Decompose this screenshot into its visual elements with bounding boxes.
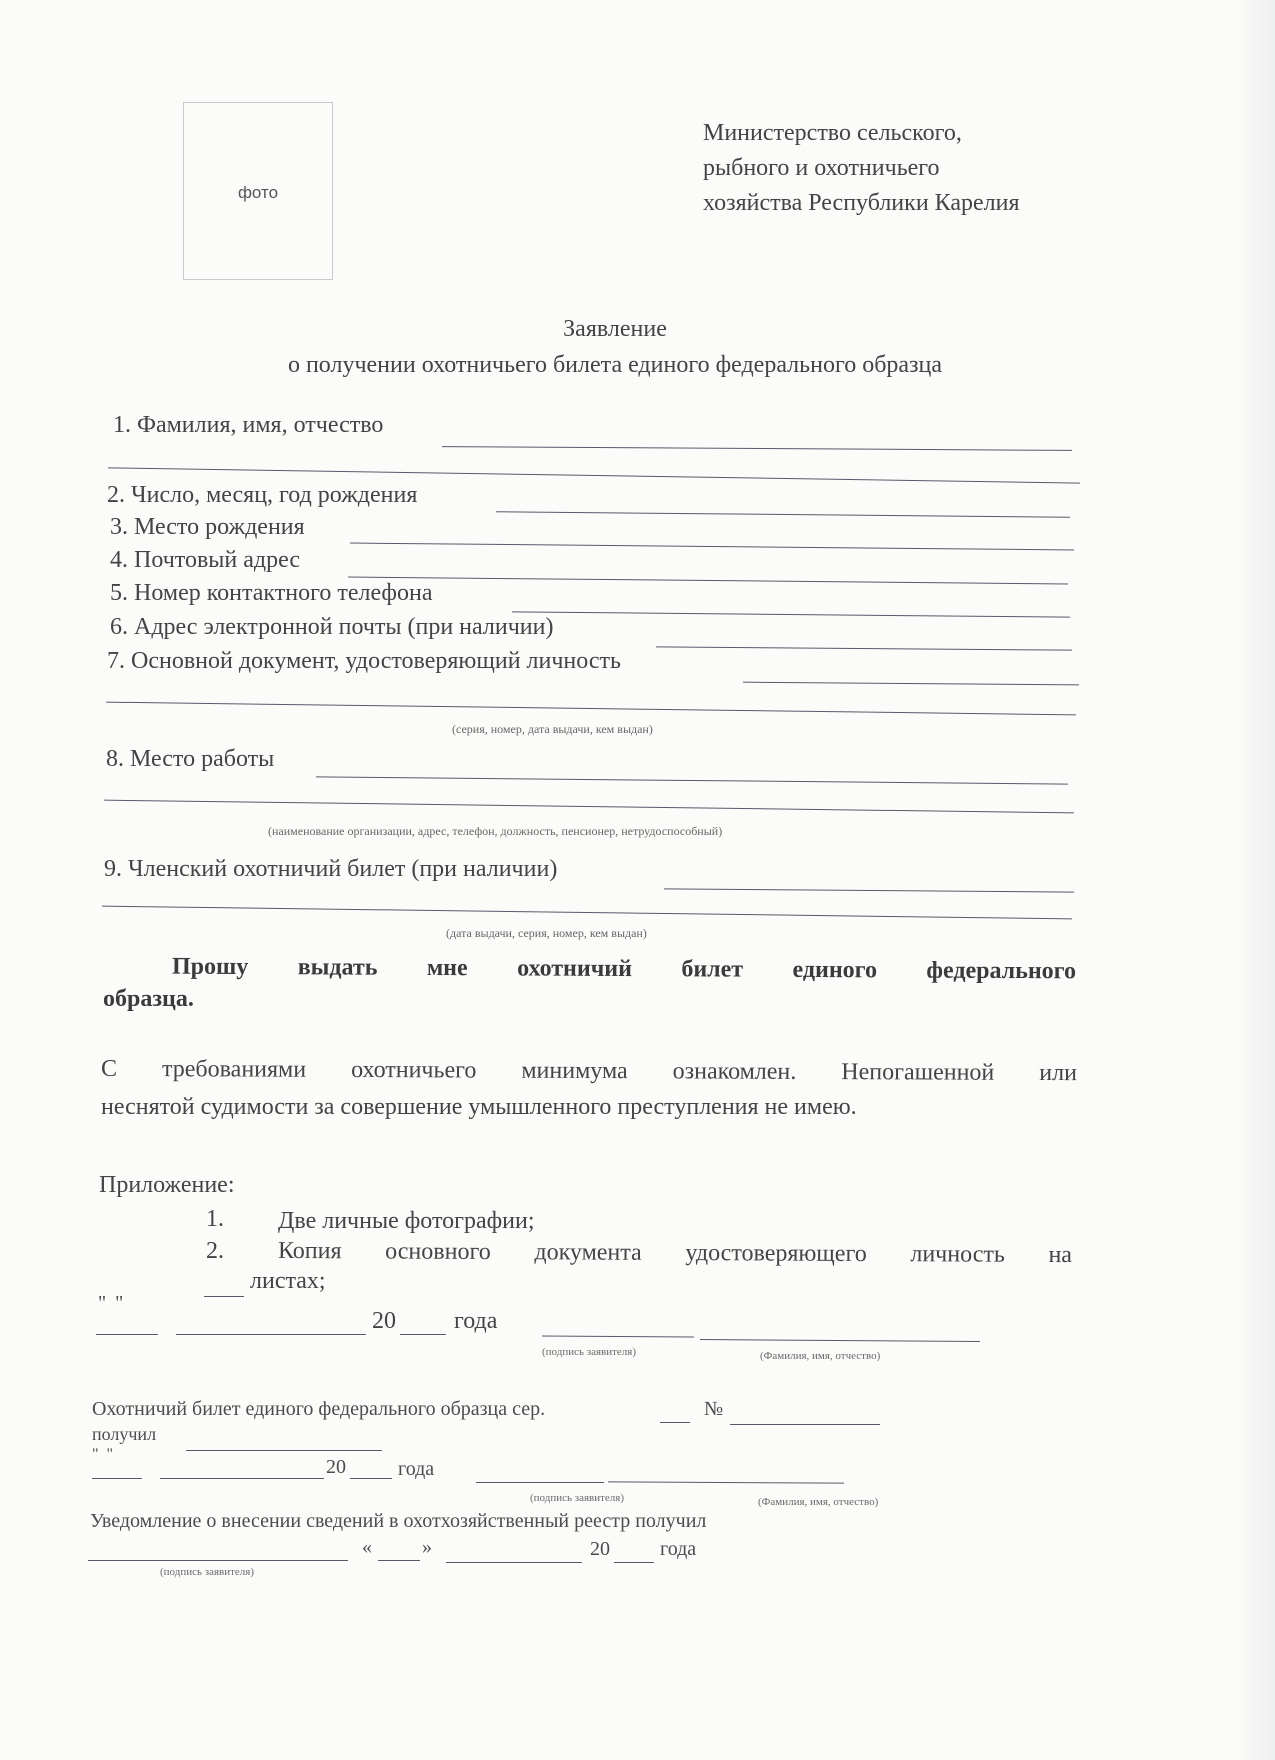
notification-close-quote: »	[422, 1536, 432, 1559]
membership-ticket-input-line-2[interactable]	[102, 906, 1072, 920]
attachments-heading: Приложение:	[99, 1172, 234, 1199]
postal-address-input-line[interactable]	[348, 577, 1068, 585]
year-prefix: 20	[372, 1308, 396, 1335]
series-input-line[interactable]	[660, 1422, 690, 1423]
id-document-input-line-2[interactable]	[106, 702, 1076, 716]
attachment-1-number: 1.	[206, 1206, 224, 1233]
receipt-date-quotes: " "	[92, 1446, 115, 1464]
field-label-birth-date: 2. Число, месяц, год рождения	[107, 482, 417, 509]
ticket-number-input-line[interactable]	[730, 1424, 880, 1425]
workplace-hint: (наименование организации, адрес, телефо…	[268, 824, 722, 839]
attachment-1-text: Две личные фотографии;	[278, 1208, 535, 1235]
field-label-postal-address: 4. Почтовый адрес	[110, 547, 300, 574]
id-document-hint: (серия, номер, дата выдачи, кем выдан)	[452, 722, 653, 737]
email-input-line[interactable]	[656, 646, 1072, 650]
receipt-year-suffix: года	[398, 1458, 434, 1481]
notification-signature-line[interactable]	[88, 1560, 348, 1561]
field-label-id-document: 7. Основной документ, удостоверяющий лич…	[107, 648, 621, 675]
birth-place-input-line[interactable]	[350, 543, 1074, 551]
year-input-line[interactable]	[400, 1334, 446, 1335]
scan-edge-shadow	[1235, 0, 1275, 1760]
field-label-workplace: 8. Место работы	[106, 746, 274, 773]
membership-ticket-hint: (дата выдачи, серия, номер, кем выдан)	[446, 926, 647, 941]
field-label-phone: 5. Номер контактного телефона	[110, 580, 432, 607]
document-subtitle: о получении охотничьего билета единого ф…	[0, 352, 1230, 379]
receipt-day-input-line[interactable]	[92, 1478, 142, 1479]
notification-year-prefix: 20	[590, 1538, 610, 1561]
full-name-input-line[interactable]	[442, 446, 1072, 451]
receipt-year-prefix: 20	[326, 1456, 346, 1479]
year-suffix: года	[454, 1308, 497, 1335]
workplace-input-line[interactable]	[316, 776, 1068, 784]
field-label-full-name: 1. Фамилия, имя, отчество	[113, 412, 383, 439]
receipt-text: Охотничий билет единого федерального обр…	[92, 1398, 545, 1421]
document-title: Заявление	[0, 316, 1230, 343]
photo-label: фото	[184, 183, 332, 203]
field-label-email: 6. Адрес электронной почты (при наличии)	[110, 614, 553, 641]
field-label-membership-ticket: 9. Членский охотничий билет (при наличии…	[104, 856, 557, 883]
notification-month-input-line[interactable]	[446, 1562, 582, 1563]
attachment-2-text-line-2: листах;	[250, 1268, 326, 1295]
applicant-name-line[interactable]	[700, 1339, 980, 1342]
addressee-line-2: рыбного и охотничьего	[703, 151, 1020, 186]
photo-placeholder: фото	[183, 102, 333, 280]
addressee-line-1: Министерство сельского,	[703, 116, 1020, 151]
receipt-name-hint: (Фамилия, имя, отчество)	[758, 1496, 878, 1508]
attachment-2-number: 2.	[206, 1238, 224, 1265]
applicant-name-hint: (Фамилия, имя, отчество)	[760, 1350, 880, 1362]
notification-signature-hint: (подпись заявителя)	[160, 1566, 254, 1578]
receipt-signature-hint: (подпись заявителя)	[530, 1492, 624, 1504]
phone-input-line[interactable]	[512, 611, 1070, 617]
date-quotes: " "	[98, 1292, 125, 1315]
notification-open-quote: «	[362, 1536, 372, 1559]
field-label-birth-place: 3. Место рождения	[110, 514, 305, 541]
attachment-2-text-line-1: Копия основного документа удостоверяющег…	[278, 1238, 1072, 1269]
birth-date-input-line[interactable]	[496, 511, 1070, 518]
receipt-month-input-line[interactable]	[160, 1478, 324, 1479]
receipt-name-line[interactable]	[608, 1481, 844, 1483]
notification-year-suffix: года	[660, 1538, 696, 1561]
notification-day-input-line[interactable]	[378, 1560, 420, 1561]
membership-ticket-input-line[interactable]	[664, 888, 1074, 892]
received-by-input-line[interactable]	[186, 1450, 382, 1451]
request-line-1: Прошу выдать мне охотничий билет единого…	[172, 954, 1076, 986]
applicant-signature-hint: (подпись заявителя)	[542, 1346, 636, 1358]
notification-year-input-line[interactable]	[614, 1562, 654, 1563]
addressee-block: Министерство сельского, рыбного и охотни…	[703, 116, 1020, 221]
number-sign: №	[704, 1398, 723, 1421]
id-document-input-line[interactable]	[743, 682, 1079, 686]
receipt-year-input-line[interactable]	[350, 1478, 392, 1479]
notification-text: Уведомление о внесении сведений в охотхо…	[90, 1510, 706, 1533]
applicant-signature-line[interactable]	[542, 1335, 694, 1337]
received-label: получил	[92, 1424, 156, 1445]
day-input-line[interactable]	[96, 1334, 158, 1335]
receipt-signature-line[interactable]	[476, 1482, 604, 1483]
workplace-input-line-2[interactable]	[104, 800, 1074, 814]
sheet-count-input-line[interactable]	[204, 1296, 244, 1297]
statement-line-2: неснятой судимости за совершение умышлен…	[101, 1094, 857, 1121]
statement-line-1: С требованиями охотничьего минимума озна…	[101, 1056, 1077, 1087]
addressee-line-3: хозяйства Республики Карелия	[703, 186, 1020, 221]
request-line-2: образца.	[103, 986, 194, 1013]
month-input-line[interactable]	[176, 1334, 366, 1335]
